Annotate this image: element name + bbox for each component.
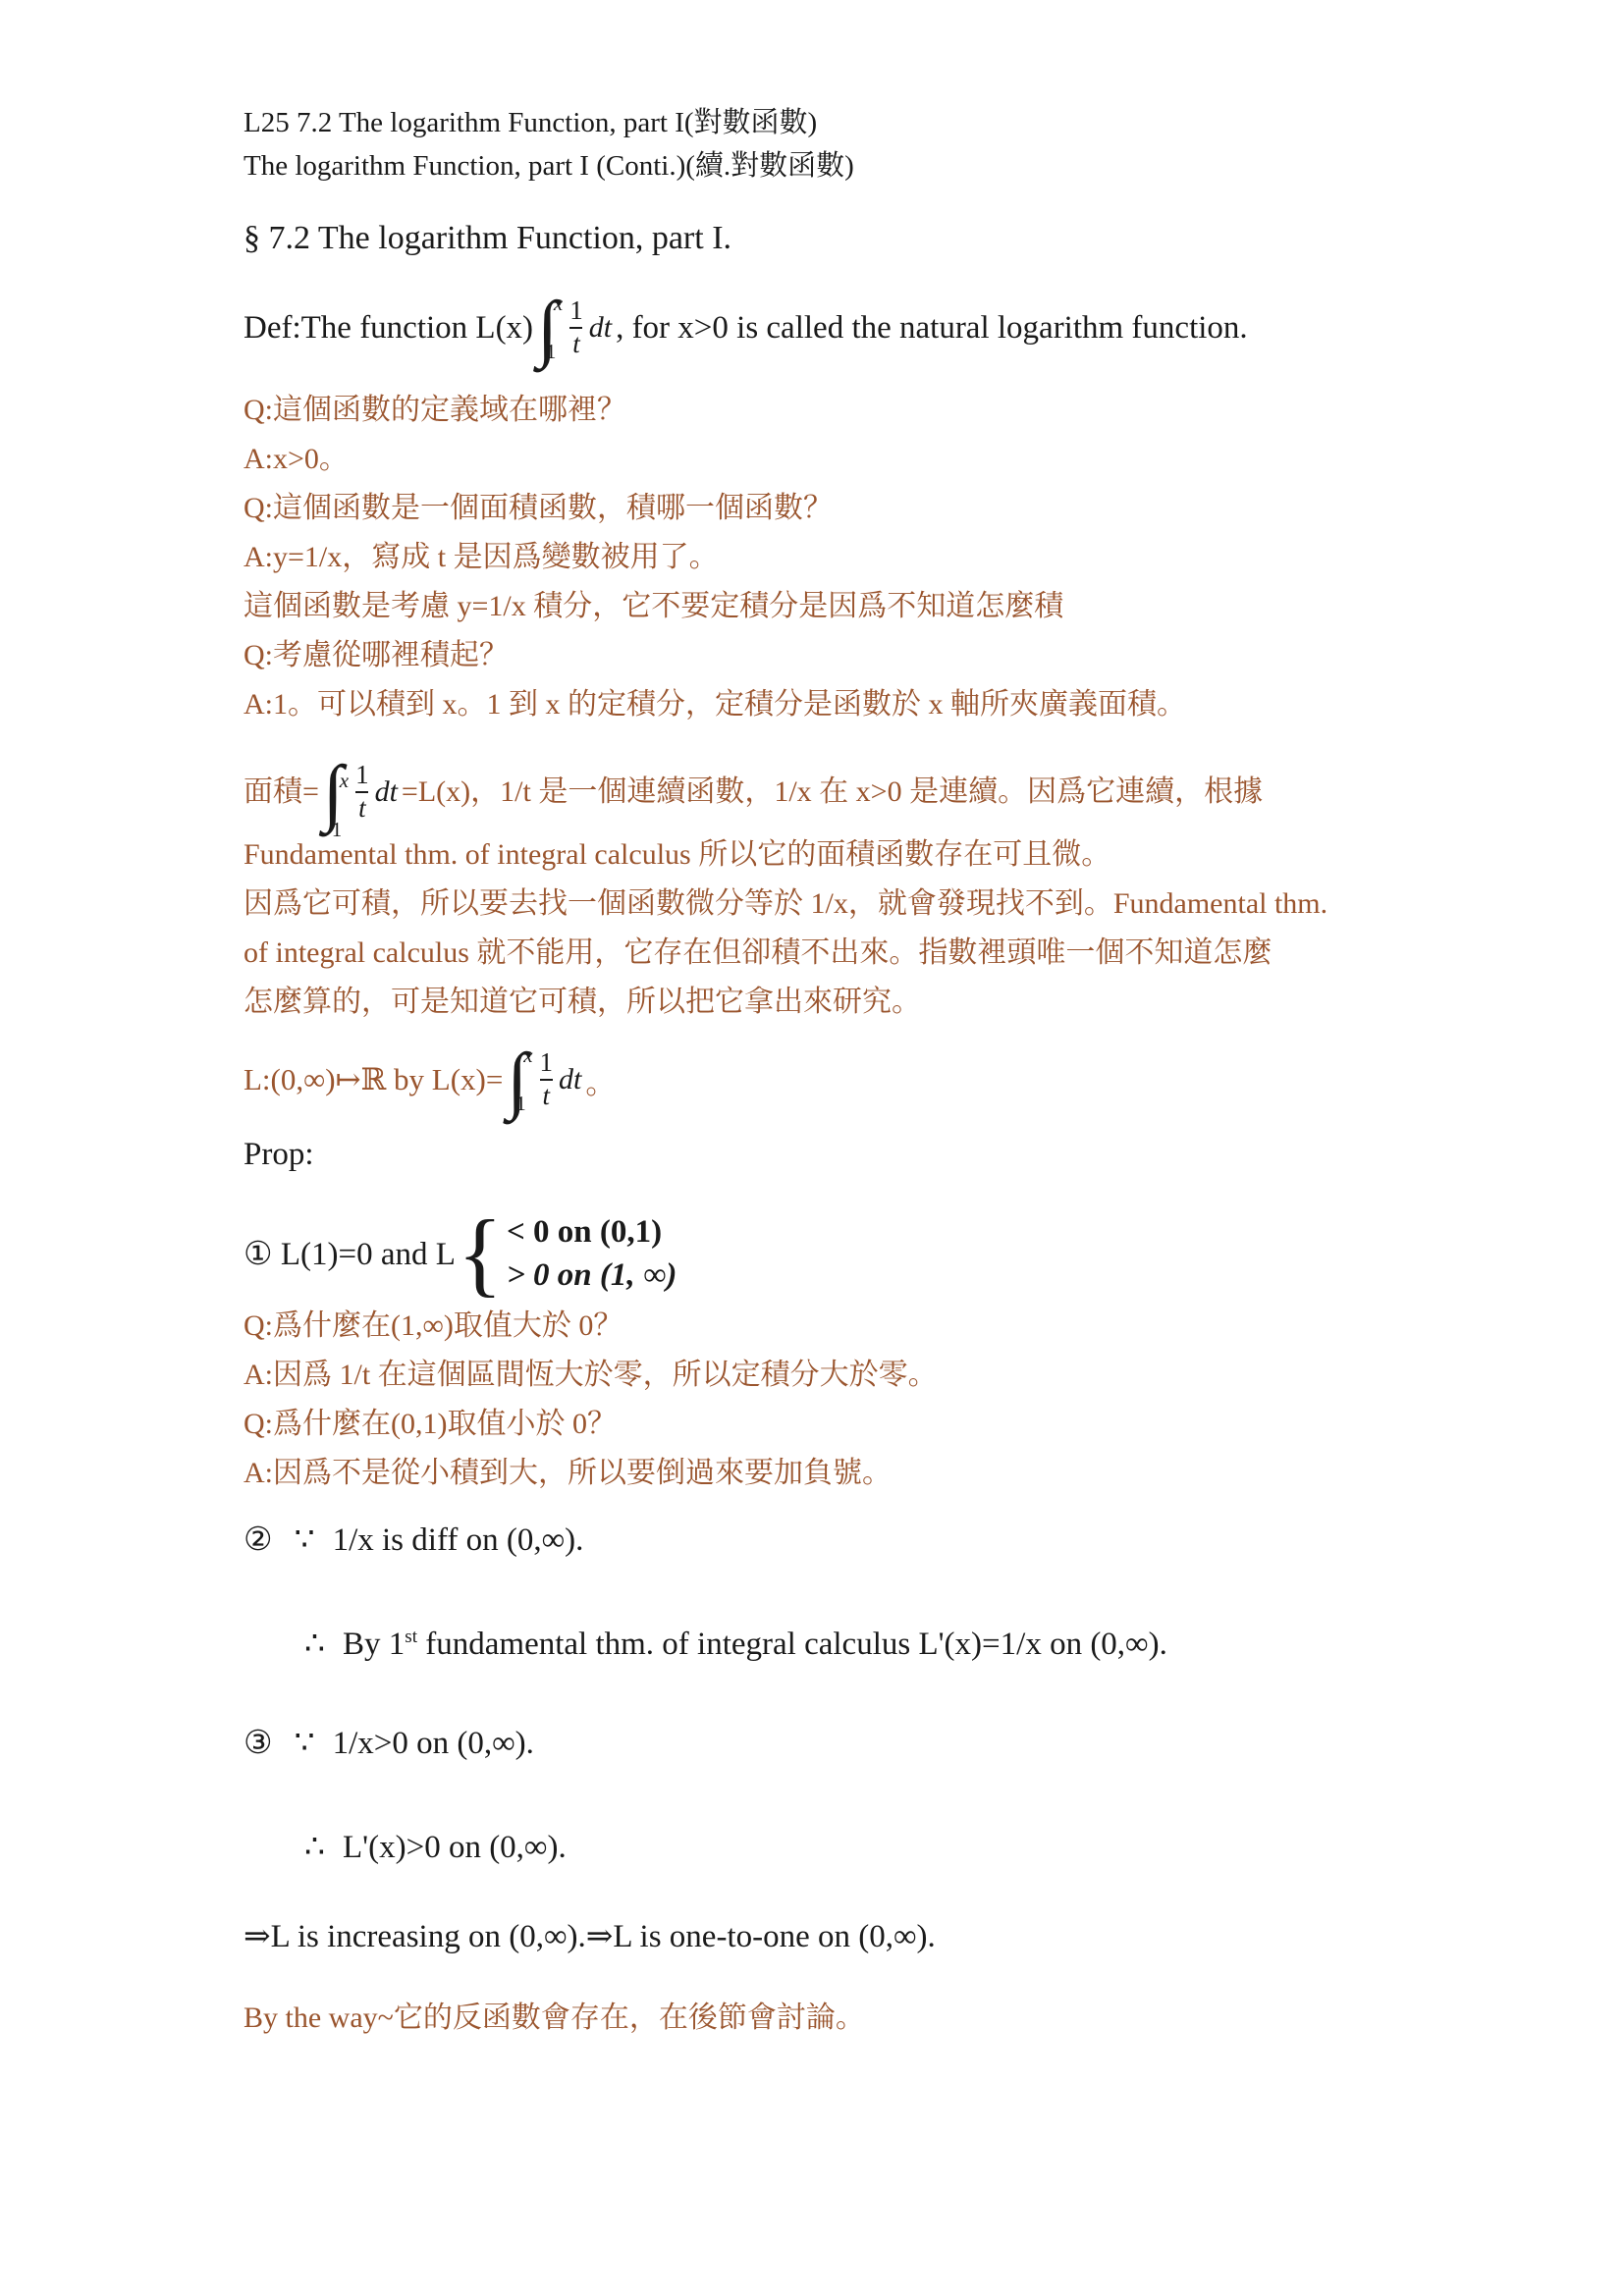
mapping-prefix: L:(0,∞)↦ℝ by L(x)= [244, 1062, 503, 1097]
therefore-sign: ∴ [304, 1830, 325, 1865]
fraction: 1 t [355, 761, 369, 823]
qa-line: Q:考慮從哪裡積起？ [244, 631, 1437, 680]
integral-upper-limit: x [554, 292, 563, 316]
integral-expression: ∫ x 1 1 t dt [507, 1041, 581, 1118]
qa-line: A:x>0。 [244, 435, 1437, 484]
fraction-numerator: 1 [569, 296, 583, 326]
prop-label: Prop: [244, 1133, 1437, 1176]
fraction-denominator: t [358, 794, 366, 824]
integral-differential: dt [559, 1063, 581, 1096]
case-list: < 0 on (0,1) > 0 on (1, ∞) [507, 1210, 677, 1297]
integral-expression: ∫ x 1 1 t dt [323, 754, 398, 830]
prop-item-1-prefix: ① L(1)=0 and L [244, 1234, 456, 1273]
mapping-line: L:(0,∞)↦ℝ by L(x)= ∫ x 1 1 t dt 。 [244, 1041, 1437, 1118]
statement-post: fundamental thm. of integral calculus L'… [417, 1627, 1167, 1662]
area-suffix: =L(x)，1/t 是一個連續函數，1/x 在 x>0 是連續。因爲它連續，根據 [402, 768, 1263, 817]
item-number: ② [244, 1522, 273, 1558]
document-page: L25 7.2 The logarithm Function, part I(對… [0, 0, 1624, 2296]
statement-pre: By 1 [343, 1627, 405, 1662]
integral-upper-limit: x [523, 1043, 532, 1068]
fraction: 1 t [569, 296, 583, 358]
fraction-denominator: t [543, 1082, 551, 1111]
integral-expression: ∫ x 1 1 t dt [537, 290, 612, 366]
qa-line: A:因爲 1/t 在這個區間恆大於零，所以定積分大於零。 [244, 1351, 1437, 1400]
definition-prefix: Def:The function L(x) [244, 310, 533, 347]
definition-suffix: , for x>0 is called the natural logarith… [616, 310, 1248, 347]
qa-line: 這個函數是考慮 y=1/x 積分，它不要定積分是因爲不知道怎麼積 [244, 582, 1437, 631]
paragraph-line: of integral calculus 就不能用，它存在但卻積不出來。指數裡頭… [244, 929, 1437, 978]
case-line-1: < 0 on (0,1) [507, 1210, 677, 1254]
qa-block-1: Q:這個函數的定義域在哪裡？ A:x>0。 Q:這個函數是一個面積函數，積哪一個… [244, 386, 1437, 729]
fraction-numerator: 1 [355, 761, 369, 790]
statement: L'(x)>0 on (0,∞). [343, 1830, 567, 1865]
qa-line: A:因爲不是從小積到大，所以要倒過來要加負號。 [244, 1449, 1437, 1498]
prop-item-3-line-1: ③∵1/x>0 on (0,∞). [244, 1721, 1437, 1766]
qa-line: A:y=1/x，寫成 t 是因爲變數被用了。 [244, 533, 1437, 582]
fraction-numerator: 1 [540, 1048, 554, 1078]
prop-item-2-line-2: ∴By 1st fundamental thm. of integral cal… [304, 1622, 1437, 1667]
brace-icon: { [458, 1213, 503, 1294]
header-line-1: L25 7.2 The logarithm Function, part I(對… [244, 101, 1437, 144]
integral-limits: x 1 [523, 1041, 532, 1118]
qa-block-2: Q:爲什麼在(1,∞)取值大於 0？ A:因爲 1/t 在這個區間恆大於零，所以… [244, 1302, 1437, 1498]
conclusion-line: ⇒L is increasing on (0,∞).⇒L is one-to-o… [244, 1914, 1437, 1959]
header-line-2: The logarithm Function, part I (Conti.)(… [244, 144, 1437, 187]
case-line-2: > 0 on (1, ∞) [507, 1254, 677, 1297]
integral-limits: x 1 [340, 754, 349, 830]
integral-differential: dt [589, 311, 612, 345]
qa-line: Q:這個函數的定義域在哪裡？ [244, 386, 1437, 435]
because-sign: ∵ [295, 1726, 315, 1761]
prop-item-3: ③∵1/x>0 on (0,∞). ∴L'(x)>0 on (0,∞). [244, 1721, 1437, 1870]
integral-limits: x 1 [554, 290, 563, 366]
prop-item-2: ②∵1/x is diff on (0,∞). ∴By 1st fundamen… [244, 1518, 1437, 1667]
integral-differential: dt [375, 768, 398, 817]
area-prefix: 面積= [244, 768, 319, 817]
prop-item-3-line-2: ∴L'(x)>0 on (0,∞). [304, 1825, 1437, 1870]
integral-lower-limit: 1 [515, 1092, 526, 1116]
ordinal-superscript: st [405, 1627, 417, 1647]
paragraph-line: Fundamental thm. of integral calculus 所以… [244, 830, 1437, 880]
fraction-denominator: t [572, 330, 580, 359]
paragraph-2: Fundamental thm. of integral calculus 所以… [244, 830, 1437, 1027]
paragraph-line: 怎麼算的，可是知道它可積，所以把它拿出來研究。 [244, 978, 1437, 1027]
section-title: § 7.2 The logarithm Function, part I. [244, 217, 1437, 260]
footnote-line: By the way~它的反函數會存在，在後節會討論。 [244, 1994, 1437, 2043]
statement: 1/x is diff on (0,∞). [333, 1522, 584, 1558]
area-equation-line: 面積= ∫ x 1 1 t dt =L(x)，1/t 是一個連續函數，1/x 在… [244, 754, 1437, 830]
mapping-suffix: 。 [585, 1058, 616, 1102]
statement: 1/x>0 on (0,∞). [333, 1726, 534, 1761]
item-number: ③ [244, 1726, 273, 1761]
prop-item-2-line-1: ②∵1/x is diff on (0,∞). [244, 1518, 1437, 1563]
because-sign: ∵ [295, 1522, 315, 1558]
integral-upper-limit: x [340, 756, 349, 805]
paragraph-line: 因爲它可積，所以要去找一個函數微分等於 1/x，就會發現找不到。Fundamen… [244, 880, 1437, 929]
integral-lower-limit: 1 [546, 340, 557, 364]
qa-line: Q:這個函數是一個面積函數，積哪一個函數？ [244, 484, 1437, 533]
qa-line: Q:爲什麼在(1,∞)取值大於 0？ [244, 1302, 1437, 1351]
prop-item-1: ① L(1)=0 and L { < 0 on (0,1) > 0 on (1,… [244, 1210, 1437, 1297]
definition-line: Def:The function L(x) ∫ x 1 1 t dt , for… [244, 290, 1437, 366]
qa-line: A:1。可以積到 x。1 到 x 的定積分，定積分是函數於 x 軸所夾廣義面積。 [244, 680, 1437, 729]
therefore-sign: ∴ [304, 1627, 325, 1662]
qa-line: Q:爲什麼在(0,1)取值小於 0？ [244, 1400, 1437, 1449]
fraction: 1 t [540, 1048, 554, 1110]
